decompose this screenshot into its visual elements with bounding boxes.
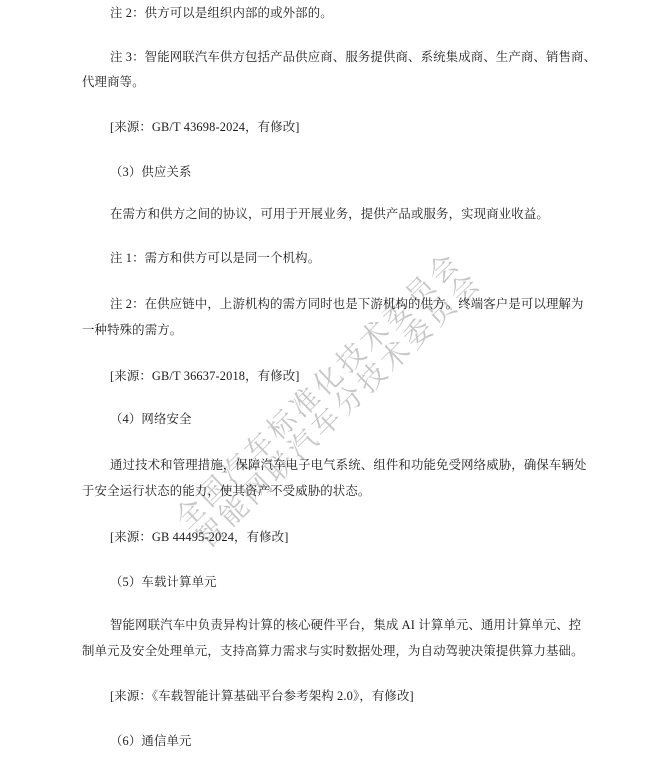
document-text-line: 智能网联汽车中负责异构计算的核心硬件平台，集成 AI 计算单元、通用计算单元、控 <box>110 618 581 633</box>
document-text-line: （4）网络安全 <box>110 412 192 427</box>
document-text-line: （3）供应关系 <box>110 165 192 180</box>
document-text-line: 注 3：智能网联汽车供方包括产品供应商、服务提供商、系统集成商、生产商、销售商、 <box>110 50 596 65</box>
document-text-line: 注 2：供方可以是组织内部的或外部的。 <box>110 6 333 21</box>
document-text-line: [来源：GB/T 36637-2018，有修改] <box>110 369 300 384</box>
document-page: 全国汽车标准化技术委员会智能网联汽车分技术委员会 注 2：供方可以是组织内部的或… <box>0 0 666 761</box>
document-text-line: 注 2：在供应链中，上游机构的需方同时也是下游机构的供方。终端客户是可以理解为 <box>110 297 584 312</box>
document-text-line: 代理商等。 <box>82 75 145 90</box>
document-text-line: 注 1：需方和供方可以是同一个机构。 <box>110 251 320 266</box>
document-text-line: 制单元及安全处理单元，支持高算力需求与实时数据处理，为自动驾驶决策提供算力基础。 <box>82 644 584 659</box>
document-text-line: （6）通信单元 <box>110 734 192 749</box>
document-text-line: [来源：GB/T 43698-2024，有修改] <box>110 120 300 135</box>
document-text-line: [来源：GB 44495-2024，有修改] <box>110 530 288 545</box>
document-text-line: （5）车载计算单元 <box>110 575 217 590</box>
document-text-line: 一种特殊的需方。 <box>82 323 182 338</box>
document-text-line: [来源：《车载智能计算基础平台参考架构 2.0》，有修改] <box>110 689 414 704</box>
document-text-line: 在需方和供方之间的协议，可用于开展业务，提供产品或服务，实现商业收益。 <box>110 207 549 222</box>
document-text-line: 通过技术和管理措施，保障汽车电子电气系统、组件和功能免受网络威胁，确保车辆处 <box>110 458 587 473</box>
document-text-line: 于安全运行状态的能力，使其资产不受威胁的状态。 <box>82 484 370 499</box>
